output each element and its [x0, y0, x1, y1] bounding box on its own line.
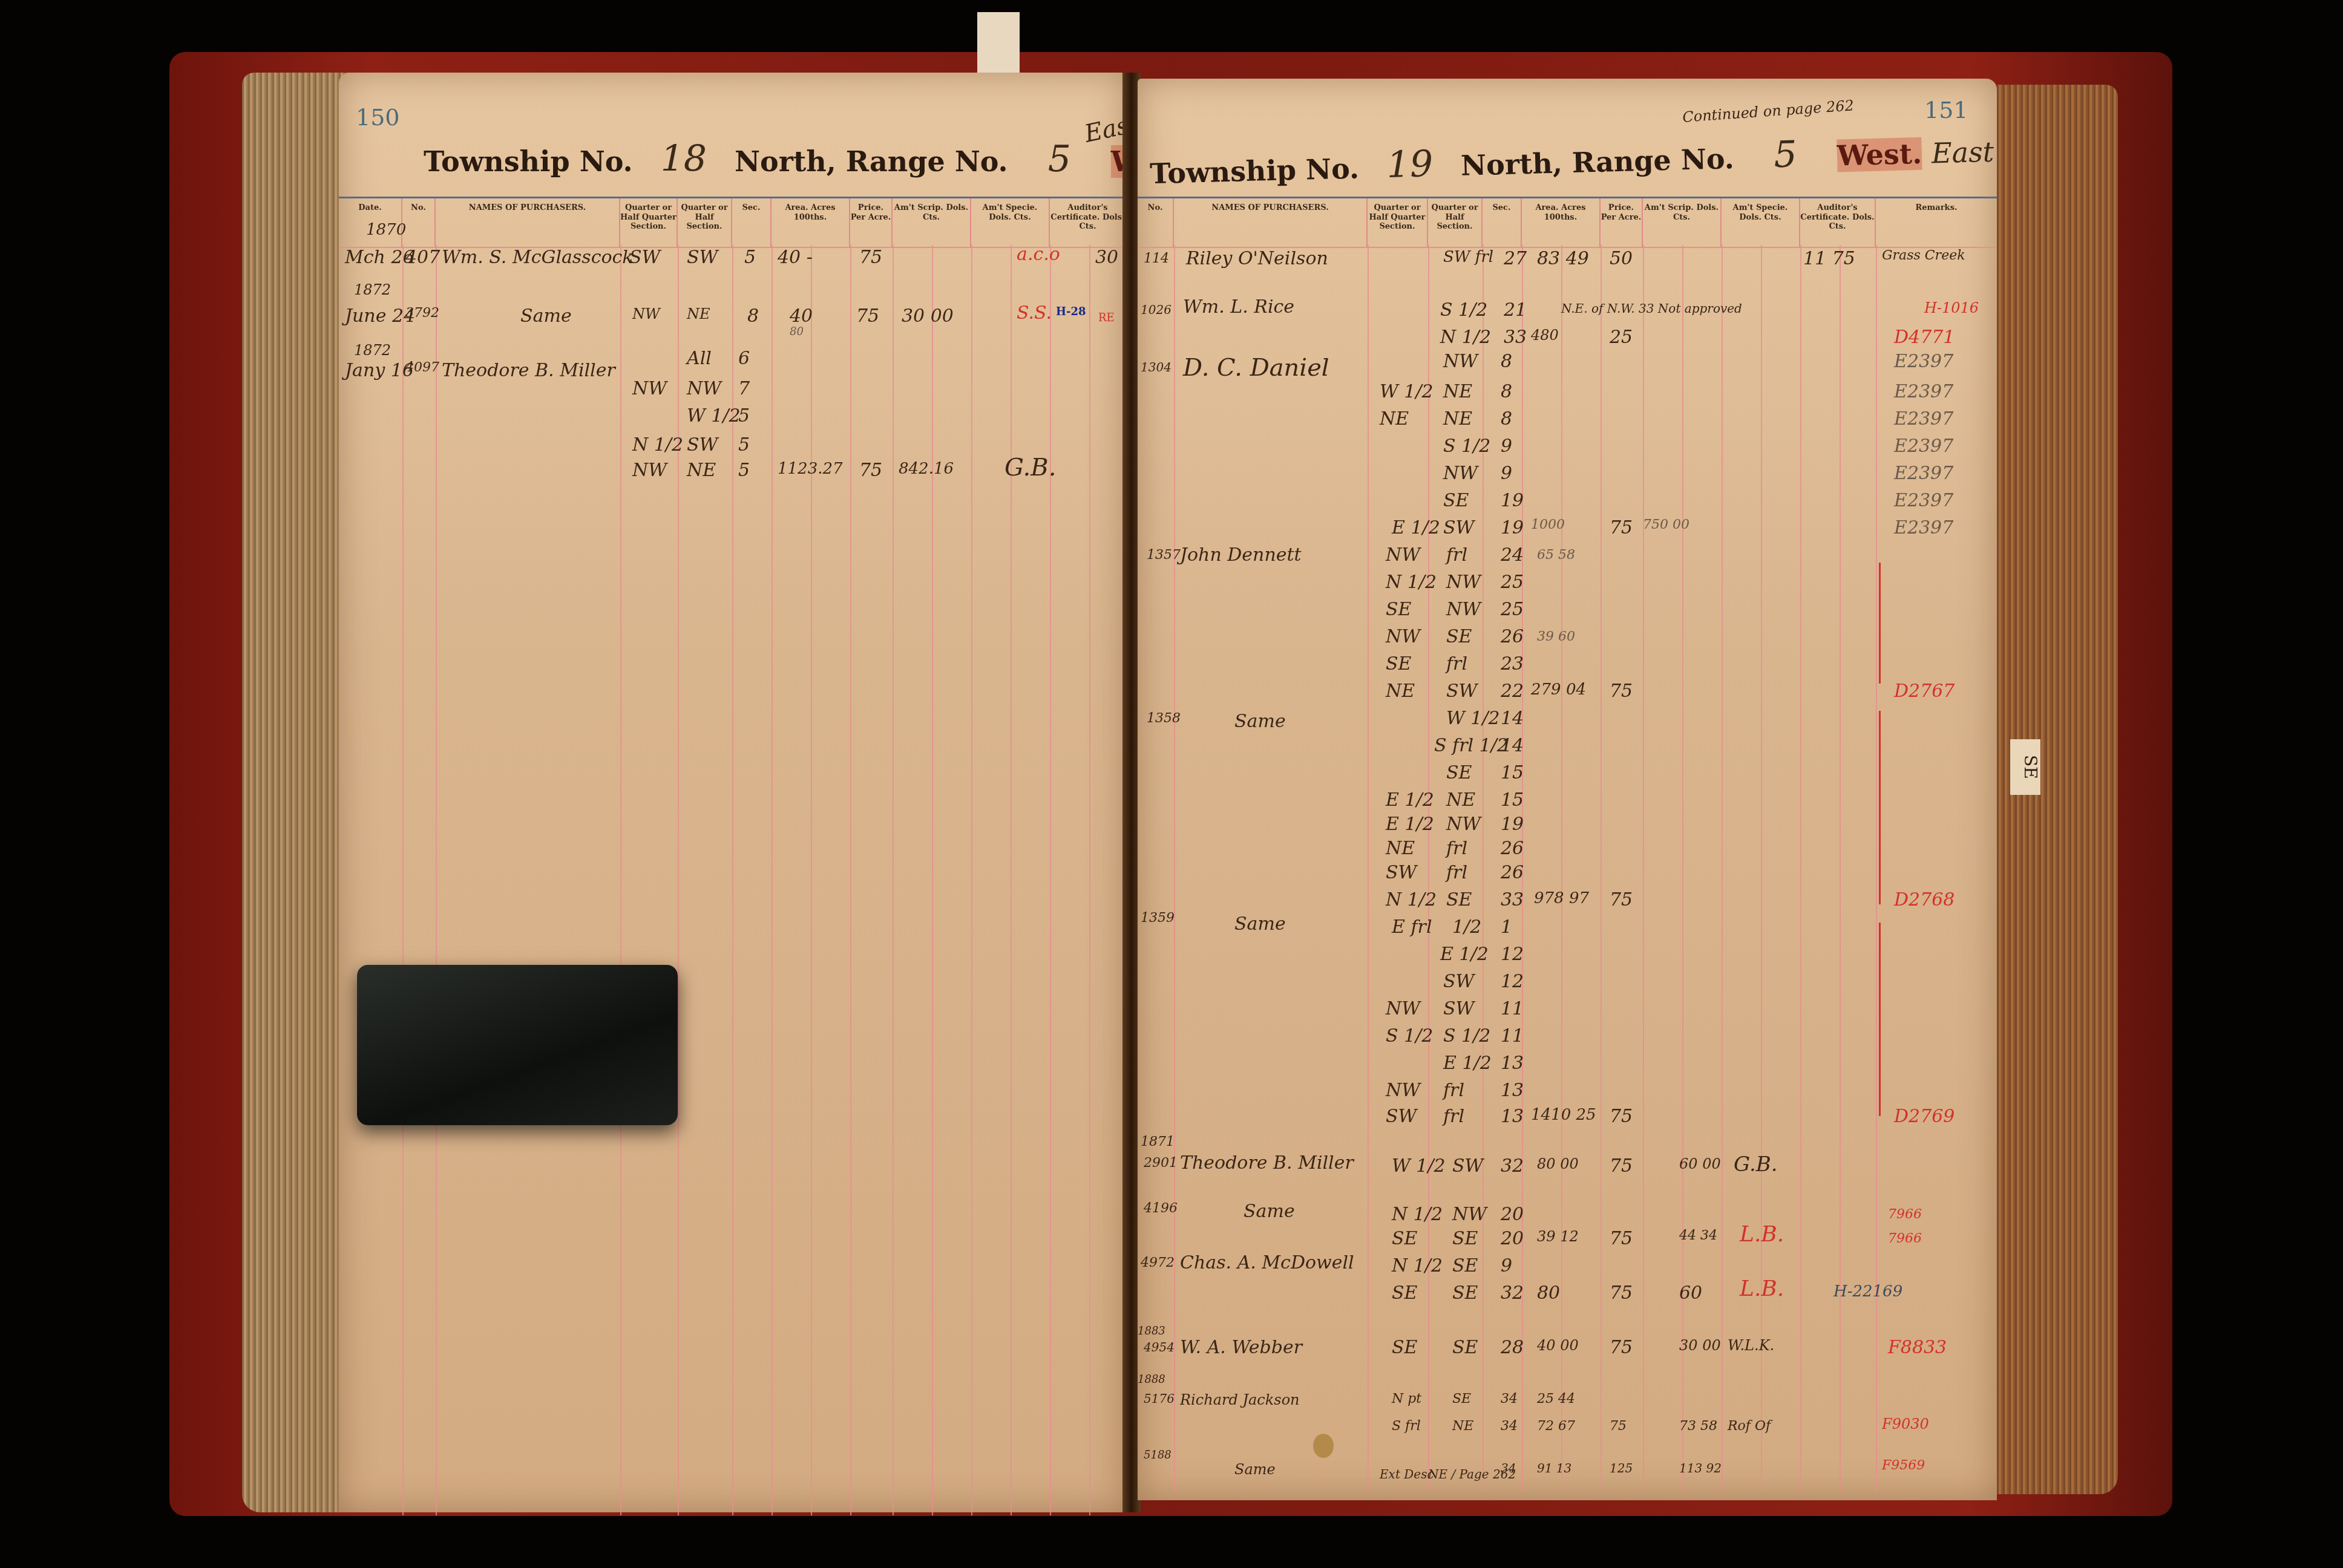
purchaser-name: Same — [1234, 913, 1286, 935]
entry-year: 1872 — [354, 342, 391, 359]
entry-no: 114 — [1144, 251, 1169, 266]
entry-year: 1871 — [1141, 1134, 1175, 1149]
q-section: S 1/2 — [1440, 299, 1487, 321]
remarks: D2767 — [1894, 681, 1955, 702]
bracket-mark — [1879, 563, 1881, 684]
col-sec: Sec. — [732, 198, 772, 247]
section: 26 — [1501, 862, 1524, 883]
area: 39 12 — [1537, 1228, 1579, 1245]
entry-no: 1304 — [1141, 360, 1171, 374]
q-section: E 1/2 — [1443, 1053, 1492, 1074]
section: 8 — [1501, 351, 1512, 372]
qq-section: S 1/2 — [1386, 1025, 1433, 1047]
specie: 113 92 — [1679, 1461, 1722, 1475]
entry-no: 1358 — [1147, 711, 1181, 726]
q-section: SW frl — [1443, 248, 1493, 266]
township-heading: Township No. 18 North, Range No. 5 West. — [424, 138, 1196, 180]
entry-no: 5176 — [1144, 1391, 1175, 1406]
purchaser-name: Wm. L. Rice — [1183, 296, 1294, 318]
section: 32 — [1501, 1155, 1524, 1177]
purchaser-name: Riley O'Neilson — [1186, 248, 1328, 269]
specie: a.c.o — [1017, 244, 1060, 265]
qq-section: NW — [632, 305, 660, 322]
remarks: E2397 — [1894, 436, 1953, 457]
section: 20 — [1501, 1204, 1524, 1225]
price: 50 — [1610, 248, 1633, 269]
page-number: 151 — [1924, 97, 1968, 123]
section: 26 — [1501, 626, 1524, 647]
area: 279 04 — [1531, 681, 1586, 699]
purchaser-name: W. A. Webber — [1180, 1337, 1302, 1358]
column-headers: No. NAMES OF PURCHASERS. Quarter or Half… — [1138, 197, 1997, 248]
qq-section: SE — [1392, 1228, 1417, 1249]
remarks: E2397 — [1894, 517, 1953, 538]
qq-section: N 1/2 — [1386, 889, 1437, 910]
col-sec: Sec. — [1483, 198, 1522, 247]
section: 25 — [1501, 599, 1524, 620]
section: 11 — [1501, 998, 1524, 1019]
bracket-mark — [1879, 923, 1881, 1116]
q-section: SE — [1452, 1255, 1478, 1276]
certificate: 11 75 — [1803, 248, 1855, 269]
section: 24 — [1501, 544, 1524, 566]
qq-section: NE — [1386, 681, 1415, 702]
q-section: NE — [687, 305, 710, 322]
q-section: W 1/2 — [687, 405, 741, 426]
q-section: NE — [1443, 408, 1472, 430]
section: 13 — [1501, 1106, 1524, 1127]
qq-section: NE — [1386, 838, 1415, 859]
section: 9 — [1501, 1255, 1512, 1276]
section: 19 — [1501, 490, 1524, 511]
q-section: SW — [1443, 998, 1474, 1019]
section: 19 — [1501, 814, 1524, 835]
col-no: No. — [1138, 198, 1174, 247]
price: 125 — [1610, 1461, 1633, 1475]
specie: G.B. — [1004, 454, 1056, 482]
column-headers: Date. No. NAMES OF PURCHASERS. Quarter o… — [339, 197, 1126, 248]
entry-date: Jany 16 — [345, 360, 414, 381]
section: 33 — [1501, 889, 1524, 910]
township-number: 19 — [1386, 143, 1434, 186]
q-section: frl — [1446, 838, 1467, 859]
specie: S.S. — [1017, 302, 1052, 324]
qq-section: NW — [632, 460, 667, 481]
col-q: Quarter or Half Section. — [678, 198, 732, 247]
right-ledger-page: 151 Continued on page 262 Township No. 1… — [1138, 79, 1997, 1500]
qq-section: SE — [1392, 1337, 1417, 1358]
area: 65 58 — [1537, 547, 1575, 563]
section: 8 — [1501, 408, 1512, 430]
q-section: W 1/2 — [1446, 708, 1500, 729]
purchaser-name: Theodore B. Miller — [1180, 1152, 1354, 1174]
section: 7 — [738, 378, 750, 399]
q-section: NE — [1443, 381, 1472, 402]
entry-no: 2901 — [1144, 1155, 1178, 1171]
qq-section: SE — [1386, 599, 1411, 620]
side-index-tab[interactable]: SE — [2010, 739, 2040, 795]
area: 72 67 — [1537, 1419, 1575, 1434]
specie: 30 00 — [1679, 1337, 1721, 1354]
purchaser-name: Same — [1234, 711, 1286, 732]
col-scrip: Am't Scrip. Dols. Cts. — [893, 198, 971, 247]
q-section: S 1/2 — [1443, 436, 1490, 457]
q-section: S 1/2 — [1443, 1025, 1490, 1047]
remarks: 7966 — [1888, 1231, 1922, 1246]
section: 5 — [738, 434, 750, 456]
q-section: 1/2 — [1452, 916, 1481, 938]
area: 83 49 — [1537, 248, 1589, 269]
entry-no: 5188 — [1144, 1449, 1171, 1462]
q-section: frl — [1443, 1106, 1464, 1127]
area: 91 13 — [1537, 1461, 1571, 1475]
purchaser-name: Same — [1244, 1201, 1295, 1222]
q-section: frl — [1443, 1080, 1464, 1101]
direction-printed: West. — [1837, 137, 1922, 172]
q-section: SW — [687, 434, 718, 456]
q-section: frl — [1446, 862, 1467, 883]
entry-no: 4954 — [1144, 1340, 1175, 1354]
price: 75 — [1610, 1106, 1633, 1127]
area: 80 — [1537, 1282, 1560, 1304]
qq-section: NW — [1386, 544, 1420, 566]
area: 978 97 — [1534, 889, 1589, 907]
remarks: E2397 — [1894, 463, 1953, 484]
section: 1 — [1501, 916, 1512, 938]
col-names: NAMES OF PURCHASERS. — [1174, 198, 1368, 247]
township-label: Township No. — [424, 145, 633, 178]
certificate: W.L.K. — [1728, 1337, 1774, 1354]
col-price: Price. Per Acre. — [1601, 198, 1643, 247]
col-no: No. — [402, 198, 436, 247]
area-note: 80 — [790, 325, 804, 338]
qq-section: N 1/2 — [1392, 1204, 1443, 1225]
q-section: SE — [1452, 1228, 1478, 1249]
purchaser-name: Same — [520, 305, 572, 327]
certificate-note: RE — [1098, 312, 1115, 324]
qq-section: NW — [1386, 1080, 1420, 1101]
q-section: All — [687, 348, 712, 369]
entry-date: June 24 — [345, 305, 415, 327]
entry-no: 1026 — [1141, 302, 1171, 317]
price: 75 — [859, 460, 882, 481]
price: 75 — [1610, 517, 1633, 538]
qq-section: W 1/2 — [1392, 1155, 1446, 1177]
remarks: E2397 — [1894, 351, 1953, 372]
price: 75 — [1610, 889, 1633, 910]
section: 25 — [1501, 572, 1524, 593]
qq-section: E frl — [1392, 916, 1432, 938]
entry-year: 1883 — [1138, 1325, 1165, 1338]
q-section: SW — [1443, 971, 1474, 992]
qq-section: N 1/2 — [1392, 1255, 1443, 1276]
purchaser-name: Same — [1234, 1461, 1276, 1478]
q-section: S frl 1/2 — [1434, 735, 1509, 756]
certificate-stamp: H-28 — [1056, 305, 1086, 318]
specie: 44 34 — [1679, 1228, 1717, 1243]
col-qq: Quarter or Half Quarter Section. — [1368, 198, 1428, 247]
section: 19 — [1501, 517, 1524, 538]
ruled-lines — [339, 245, 1126, 1515]
qq-section: E 1/2 — [1392, 517, 1440, 538]
remarks: D4771 — [1894, 327, 1955, 348]
col-remarks: Remarks. — [1876, 198, 1997, 247]
area: 1123.27 — [778, 460, 843, 478]
remarks: F9030 — [1882, 1416, 1929, 1432]
q-section: NW — [1446, 572, 1481, 593]
section: 21 — [1504, 299, 1527, 321]
section: 9 — [1501, 436, 1512, 457]
entry-year: 1888 — [1138, 1373, 1165, 1386]
qq-section: N pt — [1392, 1391, 1421, 1406]
price: 75 — [856, 305, 879, 327]
col-certificate: Auditor's Certificate. Dols. Cts. — [1050, 198, 1126, 247]
remarks: H-22169 — [1833, 1282, 1902, 1301]
remarks: Grass Creek — [1882, 248, 1965, 263]
q-section: NW — [687, 378, 721, 399]
eraser-block — [357, 965, 678, 1125]
q-section: SW — [1446, 681, 1477, 702]
col-specie: Am't Specie. Dols. Cts. — [1722, 198, 1800, 247]
section: 28 — [1501, 1337, 1524, 1358]
area: 40 — [790, 305, 813, 327]
purchaser-name: D. C. Daniel — [1183, 354, 1329, 382]
certificate: Rof Of — [1728, 1419, 1771, 1434]
q-section: NE — [1446, 789, 1475, 811]
col-qq: Quarter or Half Quarter Section. — [620, 198, 678, 247]
year-label: 1870 — [366, 221, 406, 239]
q-section: SW — [687, 247, 718, 268]
area: 80 00 — [1537, 1155, 1579, 1172]
qq-section: S frl — [1392, 1419, 1421, 1434]
section: 12 — [1501, 944, 1524, 965]
section: 8 — [1501, 381, 1512, 402]
area: 40 - — [778, 247, 813, 268]
entry-date: Mch 26 — [345, 247, 415, 268]
section: 34 — [1501, 1419, 1518, 1434]
range-label: North, Range No. — [735, 145, 1008, 178]
qq-section: NE — [1380, 408, 1409, 430]
qq-section: SE — [1386, 653, 1411, 675]
area-note: N.E. of N.W. 33 Not approved — [1561, 301, 1742, 316]
qq-section: Ext Desc — [1380, 1467, 1434, 1481]
area: 39 60 — [1537, 629, 1575, 644]
qq-section: SW — [1386, 862, 1417, 883]
continuation-note: Continued on page 262 — [1682, 97, 1854, 126]
col-specie: Am't Specie. Dols. Cts. — [971, 198, 1050, 247]
q-section: NE — [687, 460, 716, 481]
qq-section: E 1/2 — [1386, 814, 1434, 835]
q-section: SE — [1452, 1282, 1478, 1304]
scrip: 30 00 — [902, 305, 954, 327]
section: 33 — [1504, 327, 1527, 348]
q-section: E 1/2 — [1440, 944, 1489, 965]
qq-section: NW — [1386, 998, 1420, 1019]
section: 26 — [1501, 838, 1524, 859]
entry-no: 4972 — [1141, 1255, 1175, 1270]
section: 8 — [747, 305, 759, 327]
col-area: Area. Acres 100ths. — [1522, 198, 1601, 247]
purchaser-name: Theodore B. Miller — [442, 360, 615, 381]
section: 13 — [1501, 1053, 1524, 1074]
q-section: NW — [1446, 599, 1481, 620]
qq-section: N 1/2 — [632, 434, 683, 456]
section: 5 — [744, 247, 756, 268]
qq-section: SW — [629, 247, 660, 268]
range-number: 5 — [1048, 138, 1071, 180]
section: 34 — [1501, 1461, 1516, 1475]
section: 20 — [1501, 1228, 1524, 1249]
purchaser-name: Richard Jackson — [1180, 1391, 1300, 1408]
col-q: Quarter or Half Section. — [1428, 198, 1483, 247]
q-section: NW — [1443, 463, 1478, 484]
qq-section: W 1/2 — [1380, 381, 1434, 402]
col-price: Price. Per Acre. — [850, 198, 893, 247]
direction-handwritten: East — [1931, 136, 1994, 170]
col-certificate: Auditor's Certificate. Dols. Cts. — [1800, 198, 1876, 247]
township-heading: Township No. 19 North, Range No. 5 West.… — [1149, 128, 1994, 193]
qq-section: NW — [1386, 626, 1420, 647]
area: 25 44 — [1537, 1391, 1575, 1406]
price: 75 — [1610, 1282, 1633, 1304]
qq-section: SW — [1386, 1106, 1417, 1127]
section: 23 — [1501, 653, 1524, 675]
qq-section: N 1/2 — [1386, 572, 1437, 593]
section: 5 — [738, 460, 750, 481]
q-section: NE — [1452, 1419, 1473, 1434]
entry-no: 4097 — [405, 360, 439, 375]
bracket-mark — [1879, 711, 1881, 904]
scrip: 750 00 — [1643, 517, 1689, 532]
certificate: L.B. — [1740, 1222, 1784, 1247]
remarks: H-1016 — [1924, 299, 1979, 316]
purchaser-name: Wm. S. McGlasscock — [442, 247, 634, 268]
section: 6 — [738, 348, 750, 369]
price: 75 — [1610, 1419, 1627, 1434]
q-section: SW — [1452, 1155, 1483, 1177]
page-number: 150 — [356, 104, 400, 131]
section: 11 — [1501, 1025, 1524, 1047]
remarks: D2769 — [1894, 1106, 1955, 1127]
entry-year: 1872 — [354, 281, 391, 298]
remarks: 7966 — [1888, 1207, 1922, 1222]
section: 13 — [1501, 1080, 1524, 1101]
qq-section: NW — [632, 378, 667, 399]
price: 75 — [1610, 1228, 1633, 1249]
remarks: F9569 — [1882, 1458, 1925, 1473]
col-scrip: Am't Scrip. Dols. Cts. — [1643, 198, 1722, 247]
q-section: frl — [1446, 544, 1467, 566]
section: 34 — [1501, 1391, 1518, 1406]
section: 14 — [1501, 708, 1524, 729]
area: 40 00 — [1537, 1337, 1579, 1354]
section: 12 — [1501, 971, 1524, 992]
q-section: SE — [1443, 490, 1469, 511]
area: 480 — [1531, 327, 1559, 344]
entry-no: 4196 — [1144, 1201, 1178, 1216]
col-names: NAMES OF PURCHASERS. — [436, 198, 620, 247]
q-section: N 1/2 — [1440, 327, 1491, 348]
remarks: E2397 — [1894, 490, 1953, 511]
section: 9 — [1501, 463, 1512, 484]
remarks: F8833 — [1888, 1337, 1947, 1358]
q-section: SE — [1452, 1391, 1471, 1406]
q-section: SE — [1452, 1337, 1478, 1358]
section: 27 — [1504, 248, 1527, 269]
price: 75 — [1610, 681, 1633, 702]
left-ledger-page: 150 Township No. 18 North, Range No. 5 W… — [339, 73, 1126, 1512]
col-area: Area. Acres 100ths. — [772, 198, 850, 247]
ruled-lines — [1138, 245, 1997, 1491]
q-section: NW — [1452, 1204, 1487, 1225]
certificate: G.B. — [1734, 1152, 1778, 1177]
qq-section: E 1/2 — [1386, 789, 1434, 811]
section: 15 — [1501, 789, 1524, 811]
price: 25 — [1610, 327, 1633, 348]
entry-no: 407 — [405, 247, 440, 268]
price: 75 — [1610, 1155, 1633, 1177]
certificate: L.B. — [1740, 1276, 1784, 1301]
q-section: SE — [1446, 762, 1472, 783]
q-section: SE — [1446, 889, 1472, 910]
q-section: NW — [1443, 351, 1478, 372]
purchaser-name: John Dennett — [1180, 544, 1302, 566]
section: 32 — [1501, 1282, 1524, 1304]
area: 1410 25 — [1531, 1106, 1596, 1124]
q-section: NW — [1446, 814, 1481, 835]
price: 75 — [859, 247, 882, 268]
q-section: frl — [1446, 653, 1467, 675]
specie: 60 00 — [1679, 1155, 1721, 1172]
q-section: SE — [1446, 626, 1472, 647]
remarks: E2397 — [1894, 408, 1953, 430]
remarks: D2768 — [1894, 889, 1955, 910]
section: 22 — [1501, 681, 1524, 702]
qq-section: SE — [1392, 1282, 1417, 1304]
township-label: Township No. — [1150, 152, 1360, 190]
entry-no: 1357 — [1147, 547, 1181, 563]
paper-stain — [1313, 1434, 1334, 1458]
specie: 73 58 — [1679, 1419, 1717, 1434]
range-label: North, Range No. — [1460, 142, 1734, 182]
section: 14 — [1501, 735, 1524, 756]
specie: 60 — [1679, 1282, 1702, 1304]
section: 15 — [1501, 762, 1524, 783]
entry-no: 3792 — [405, 305, 439, 321]
range-number: 5 — [1774, 133, 1798, 176]
remarks: E2397 — [1894, 381, 1953, 402]
q-section: SW — [1443, 517, 1474, 538]
area: 1000 — [1531, 517, 1565, 532]
section: 5 — [738, 405, 750, 426]
entry-no: 1359 — [1141, 910, 1175, 926]
price: 75 — [1610, 1337, 1633, 1358]
scrip: 842.16 — [899, 460, 954, 478]
purchaser-name: Chas. A. McDowell — [1180, 1252, 1354, 1273]
township-number: 18 — [661, 138, 707, 180]
